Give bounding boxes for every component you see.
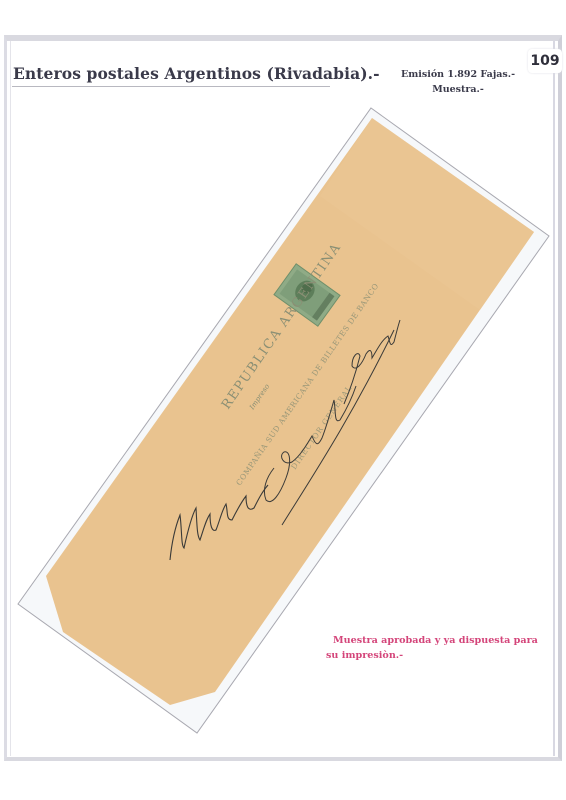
exhibit-scene: REPUBLICA ARGENTINA Impreso COMPAÑIA SUD… xyxy=(0,0,566,800)
caption-note: Muestra aprobada y ya dispuesta para su … xyxy=(326,633,548,663)
